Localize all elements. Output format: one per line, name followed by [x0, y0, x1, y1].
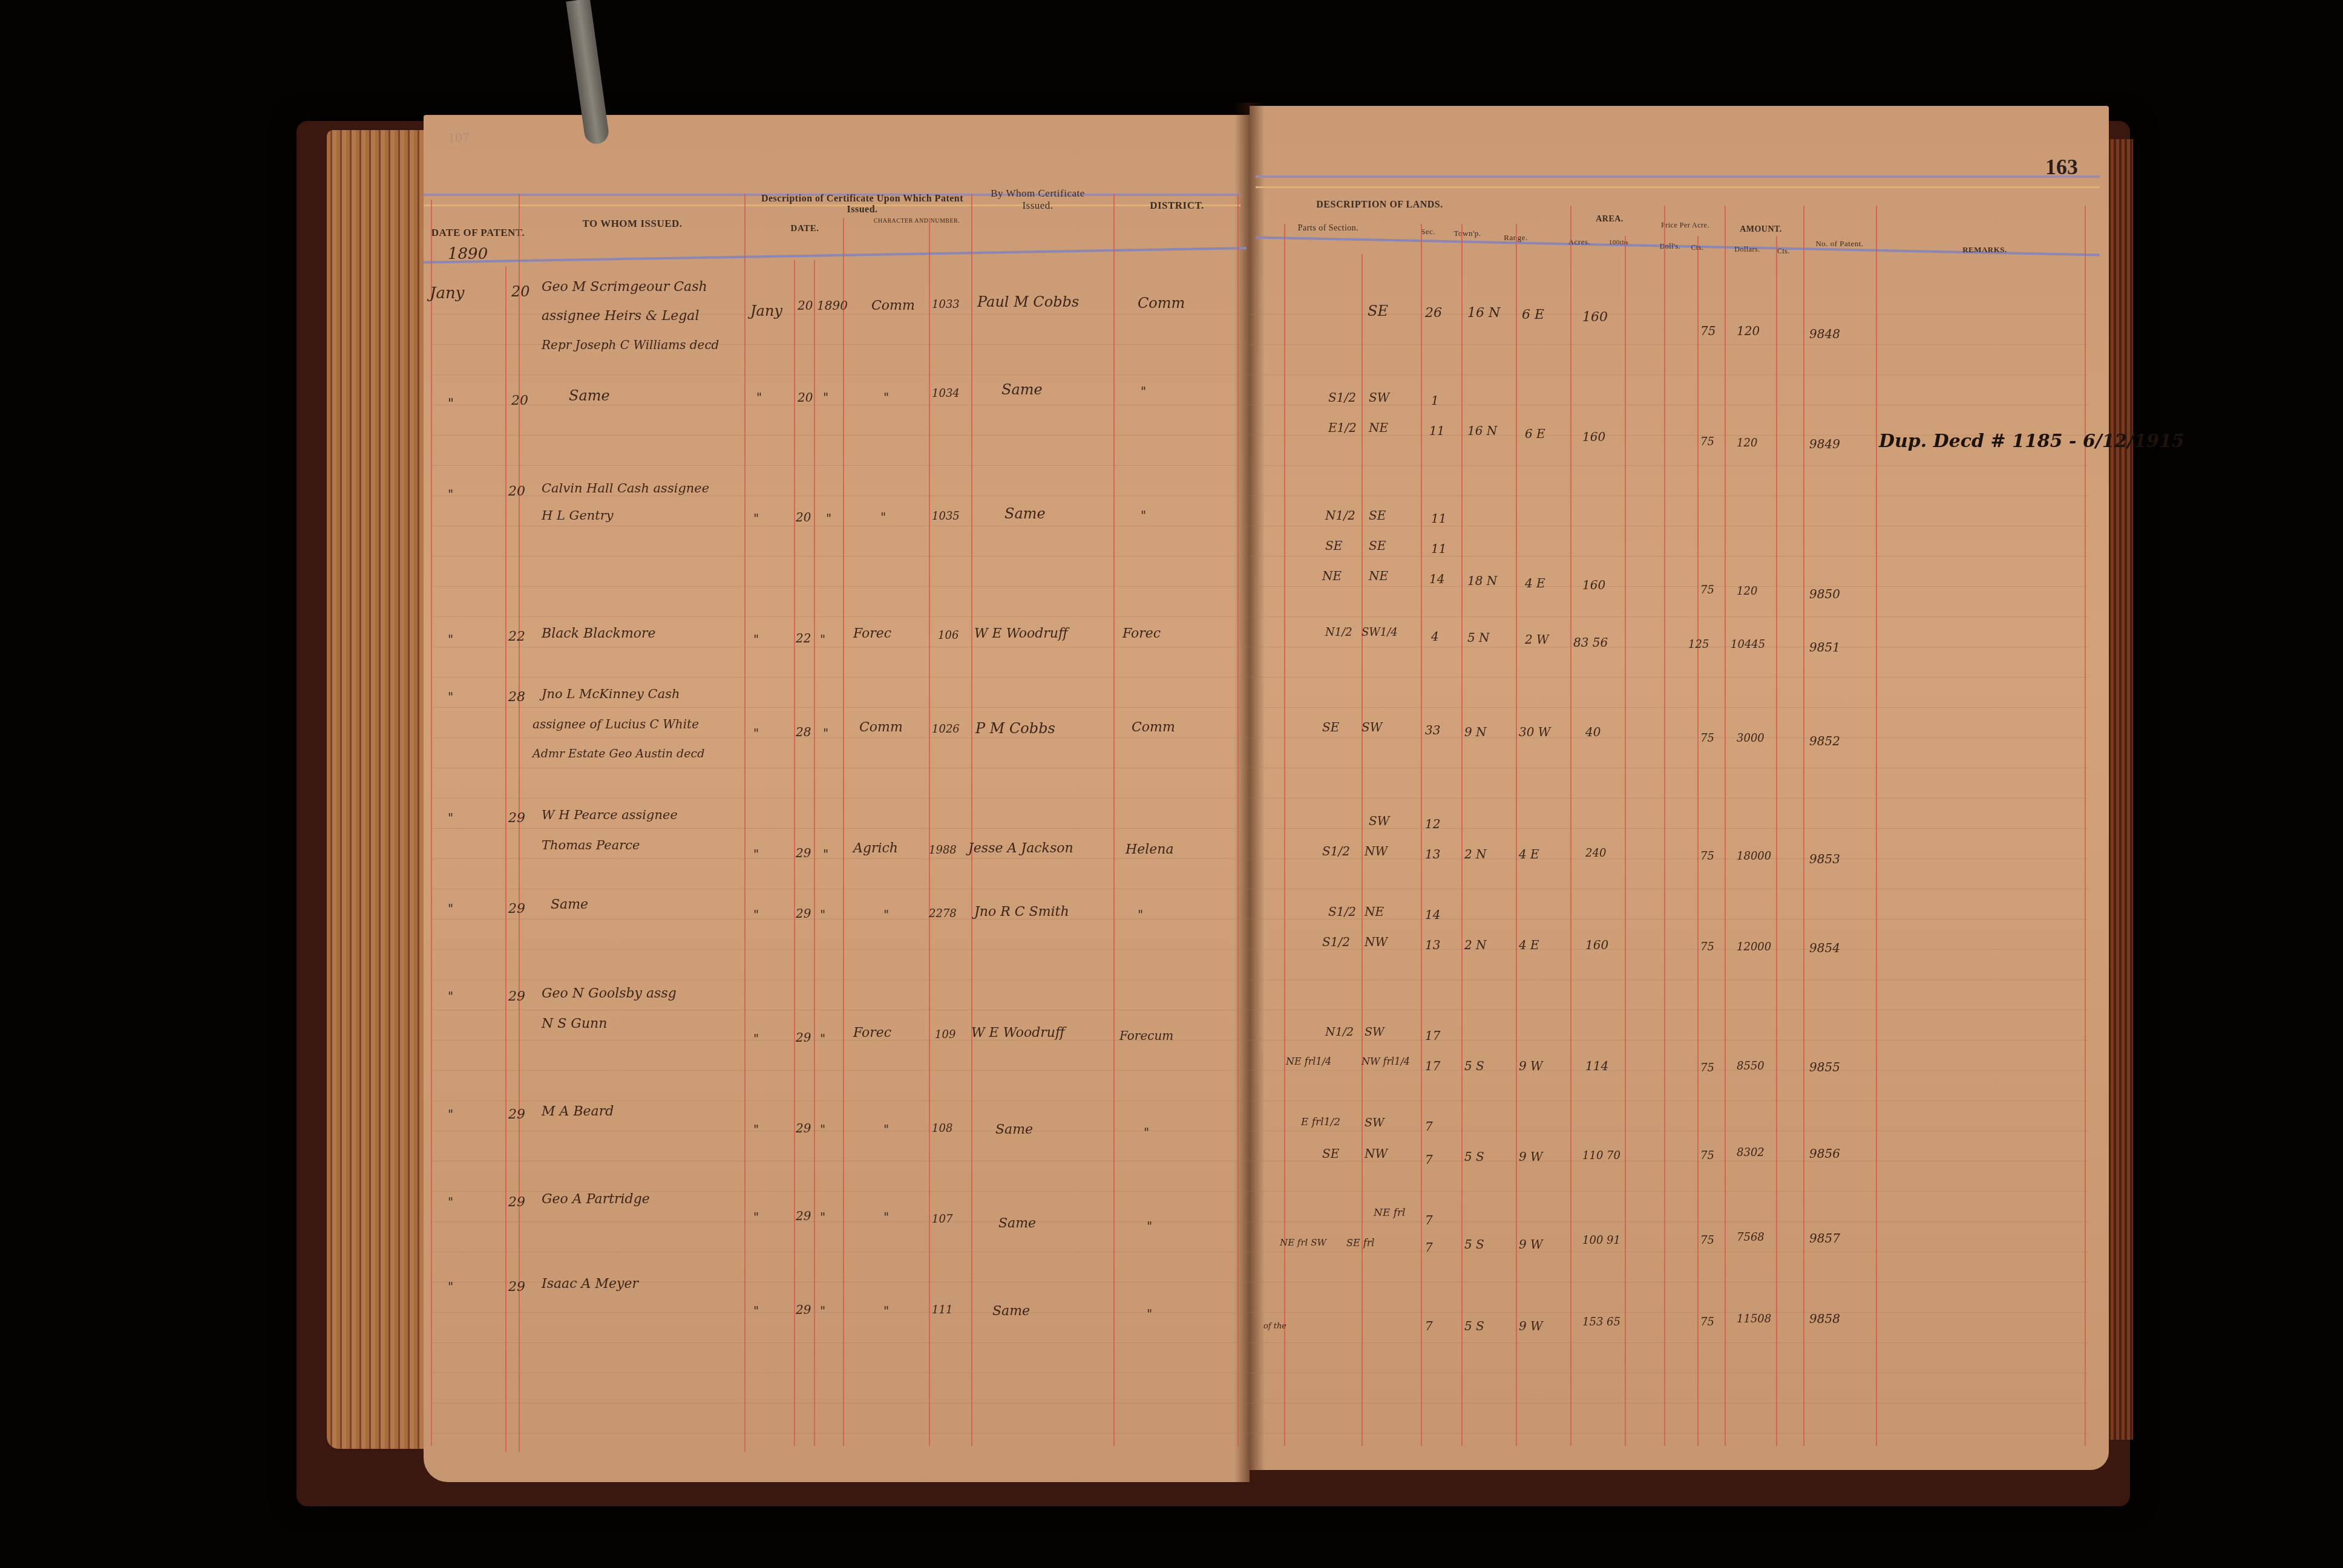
land-sec: 11 [1431, 511, 1446, 526]
header-date-of-patent: DATE OF PATENT. [427, 227, 529, 239]
land-quarter: SE [1369, 538, 1386, 553]
land-town: 18 N [1467, 573, 1497, 588]
land-price: 75 [1700, 941, 1714, 953]
land-town: 5 S [1464, 1149, 1484, 1164]
land-sec: 7 [1425, 1152, 1433, 1167]
land-price: 75 [1700, 732, 1714, 745]
land-quarter: SW [1365, 1025, 1384, 1039]
land-part: N1/2 [1325, 508, 1355, 523]
entry-to-whom-line: Same [551, 897, 588, 912]
land-sec: 4 [1431, 629, 1439, 644]
entry-by-whom: Jesse A Jackson [968, 841, 1073, 856]
entry-day: 29 [508, 901, 525, 916]
entry-to-whom-line: H L Gentry [542, 508, 614, 523]
land-quarter: NW frl1/4 [1362, 1056, 1410, 1067]
entry-cert-day: 28 [796, 725, 811, 739]
land-amount: 120 [1737, 324, 1760, 338]
land-patent-no: 9856 [1809, 1146, 1840, 1161]
entry-month: " [448, 901, 453, 916]
entry-month: " [448, 1195, 453, 1209]
entry-district: " [1147, 1307, 1152, 1321]
entry-district: Forec [1122, 626, 1161, 641]
entry-cert-number: 111 [932, 1304, 952, 1316]
land-amount: 7568 [1737, 1231, 1765, 1244]
entry-district: " [1141, 508, 1146, 523]
entry-cert-year: 1890 [817, 298, 848, 313]
entry-to-whom-line: assignee of Lucius C White [532, 717, 699, 731]
entry-cert-month: " [753, 1304, 759, 1318]
entry-cert-month: " [753, 632, 759, 647]
land-sec: 1 [1431, 393, 1439, 408]
entry-cert-day: 20 [798, 390, 813, 405]
entry-cert-year: " [823, 847, 828, 861]
entry-by-whom: W E Woodruff [971, 1025, 1065, 1040]
land-price: 75 [1700, 584, 1714, 596]
entry-cert-year: " [820, 1210, 825, 1224]
entry-to-whom-line: Jno L McKinney Cash [542, 687, 680, 701]
entry-district: " [1141, 384, 1146, 399]
entry-district: Helena [1126, 842, 1174, 857]
land-sec: 12 [1425, 817, 1440, 831]
right-header-band [1256, 175, 2100, 188]
land-acres: 110 70 [1582, 1149, 1620, 1162]
land-quarter: NE [1369, 420, 1388, 435]
land-quarter: SE frl [1346, 1237, 1374, 1249]
land-part: NE frl1/4 [1286, 1056, 1331, 1067]
land-quarter: NE [1365, 904, 1384, 919]
entry-cert-year: " [820, 1122, 825, 1137]
land-quarter: NW [1365, 935, 1388, 949]
land-patent-no: 9848 [1809, 327, 1840, 341]
entry-to-whom-line: Admr Estate Geo Austin decd [532, 747, 704, 760]
land-amount: 120 [1737, 585, 1757, 598]
land-part: N1/2 [1325, 626, 1352, 639]
land-range: 9 W [1519, 1237, 1543, 1252]
land-acres: 100 91 [1582, 1234, 1620, 1247]
land-part: of the [1263, 1322, 1286, 1331]
land-part: S1/2 [1328, 904, 1356, 919]
entry-cert-month: " [753, 1122, 759, 1137]
entry-district: Comm [1132, 720, 1175, 735]
year-annotation: 1890 [448, 245, 488, 263]
land-patent-no: 9854 [1809, 941, 1840, 955]
entry-district: " [1147, 1219, 1152, 1233]
entry-cert-day: 22 [796, 631, 811, 645]
land-price: 75 [1700, 1149, 1714, 1162]
land-quarter: SE [1369, 508, 1386, 523]
header-character-number: CHARACTER AND NUMBER. [859, 218, 974, 224]
land-sec: 11 [1431, 541, 1446, 556]
entry-cert-year: " [820, 1031, 825, 1046]
land-part: S1/2 [1322, 844, 1350, 858]
land-amount: 3000 [1737, 732, 1765, 745]
entry-cert-day: 29 [796, 846, 811, 860]
land-town: 5 N [1467, 630, 1490, 645]
entry-day: 29 [508, 1279, 525, 1295]
land-sec: 13 [1425, 938, 1440, 952]
land-price: 75 [1700, 1062, 1714, 1074]
header-acres: Acres. [1558, 237, 1601, 247]
land-sec: 33 [1425, 723, 1440, 737]
entry-cert-number: 1033 [932, 298, 960, 311]
header-amount: AMOUNT. [1728, 225, 1794, 235]
land-price: 75 [1700, 1234, 1714, 1247]
entry-month: Jany [430, 284, 464, 302]
land-amount: 120 [1737, 437, 1757, 449]
entry-character: " [883, 390, 889, 405]
header-remarks: REMARKS. [1936, 245, 2033, 255]
entry-to-whom-line: Isaac A Meyer [542, 1276, 638, 1292]
land-acres: 160 [1582, 578, 1605, 592]
header-district: DISTRICT. [1132, 200, 1222, 212]
entry-to-whom-line: Thomas Pearce [542, 838, 640, 852]
entry-to-whom-line: Calvin Hall Cash assignee [542, 481, 709, 495]
page-edges-left [327, 130, 436, 1449]
land-patent-no: 9853 [1809, 852, 1840, 866]
land-town: 9 N [1464, 725, 1487, 739]
entry-by-whom: Same [1004, 505, 1046, 522]
entry-cert-day: 29 [796, 1121, 811, 1135]
entry-cert-year: " [826, 511, 831, 526]
entry-cert-day: 29 [796, 1030, 811, 1045]
ruled-lines [431, 284, 2089, 1446]
land-part: E1/2 [1328, 420, 1357, 435]
entry-cert-year: " [823, 390, 828, 405]
entry-by-whom: Jno R C Smith [974, 904, 1069, 920]
entry-cert-number: 1988 [929, 844, 957, 857]
land-quarter: SW1/4 [1362, 626, 1398, 639]
entry-day: 29 [508, 1195, 525, 1210]
entry-to-whom-line: Same [569, 387, 610, 404]
entry-month: " [448, 811, 453, 825]
land-acres: 83 56 [1573, 635, 1608, 650]
land-town: 2 N [1464, 938, 1487, 952]
entry-character: " [883, 1210, 889, 1224]
entry-by-whom: P M Cobbs [975, 720, 1055, 737]
entry-to-whom-line: assignee Heirs & Legal [542, 309, 700, 324]
header-hundredths: 100ths [1604, 239, 1634, 246]
header-area: AREA. [1585, 215, 1634, 224]
entry-cert-number: 107 [932, 1213, 952, 1226]
land-patent-no: 9852 [1809, 734, 1840, 748]
entry-to-whom-line: Black Blackmore [542, 626, 656, 641]
entry-district: " [1138, 907, 1143, 922]
land-patent-no: 9858 [1809, 1312, 1840, 1326]
entry-character: " [880, 510, 886, 524]
entry-day: 20 [511, 393, 528, 408]
header-description-of-lands: DESCRIPTION OF LANDS. [1289, 200, 1470, 211]
land-price: 75 [1700, 1316, 1714, 1328]
entry-to-whom-line: M A Beard [542, 1104, 614, 1119]
land-quarter: SW [1365, 1116, 1384, 1129]
land-amount: 10445 [1731, 638, 1765, 651]
entry-day: 29 [508, 1107, 525, 1122]
entry-cert-year: " [820, 632, 825, 647]
entry-day: 29 [508, 989, 525, 1004]
land-price: 75 [1700, 436, 1714, 448]
land-town: 5 S [1464, 1059, 1484, 1073]
entry-cert-year: " [823, 726, 828, 740]
entry-cert-day: 29 [796, 906, 811, 921]
land-range: 9 W [1519, 1149, 1543, 1164]
entry-character: Comm [859, 720, 903, 735]
land-part: S1/2 [1322, 935, 1350, 949]
header-description-certificate: Description of Certificate Upon Which Pa… [750, 194, 974, 215]
entry-character: " [883, 1122, 889, 1137]
land-sec: 7 [1425, 1213, 1433, 1227]
land-amount: 8302 [1737, 1146, 1765, 1159]
land-range: 6 E [1525, 426, 1545, 441]
entry-cert-day: 29 [796, 1302, 811, 1317]
entry-day: 20 [508, 484, 525, 499]
entry-cert-number: 108 [932, 1122, 952, 1135]
land-part: SE [1322, 720, 1339, 734]
entry-to-whom-line: W H Pearce assignee [542, 808, 678, 822]
entry-month: " [448, 632, 453, 647]
header-dolls: Doll's. [1655, 242, 1685, 251]
entry-month: " [448, 1279, 453, 1294]
land-quarter: SW [1369, 390, 1389, 405]
entry-cert-month: " [753, 1031, 759, 1046]
land-amount: 12000 [1737, 941, 1771, 953]
land-sec: 26 [1425, 305, 1442, 321]
entry-cert-month: " [756, 390, 762, 405]
land-part: NE frl SW [1280, 1237, 1326, 1248]
header-by-whom: By Whom Certificate Issued. [980, 188, 1095, 212]
entry-character: Forec [853, 626, 891, 641]
land-part: N1/2 [1325, 1025, 1354, 1039]
land-sec: 7 [1425, 1119, 1433, 1134]
entry-cert-number: 1034 [932, 387, 960, 400]
land-range: 2 W [1525, 632, 1549, 647]
entry-month: " [448, 1107, 453, 1122]
entry-to-whom-line: N S Gunn [542, 1016, 607, 1031]
land-range: 9 W [1519, 1319, 1543, 1333]
land-quarter: NW [1365, 844, 1388, 858]
header-sec: Sec. [1416, 227, 1440, 237]
entry-day: 22 [508, 629, 525, 644]
entry-cert-month: " [753, 726, 759, 740]
entry-month: " [448, 396, 454, 411]
entry-district: Forecum [1119, 1028, 1173, 1043]
land-sec: 7 [1425, 1319, 1433, 1333]
land-acres: 153 65 [1582, 1316, 1620, 1328]
entry-remarks: Dup. Decd # 1185 - 6/12/1915 [1879, 431, 2184, 452]
land-range: 30 W [1519, 725, 1550, 739]
land-patent-no: 9857 [1809, 1231, 1840, 1246]
land-part: E frl1/2 [1301, 1116, 1340, 1128]
entry-character: " [883, 1304, 889, 1318]
header-price-per-acre: Price Per Acre. [1658, 221, 1712, 230]
land-part: S1/2 [1328, 390, 1356, 405]
entry-by-whom: Same [998, 1216, 1036, 1231]
entry-cert-number: 1026 [932, 723, 960, 736]
entry-character: Forec [853, 1025, 891, 1040]
land-acres: 160 [1582, 430, 1605, 444]
entry-by-whom: Same [1001, 381, 1043, 398]
entry-cert-number: 2278 [929, 907, 957, 920]
land-quarter: NE [1369, 569, 1388, 583]
entry-cert-number: 109 [935, 1028, 955, 1041]
land-quarter: SW [1362, 720, 1382, 734]
entry-month: " [448, 690, 453, 704]
land-acres: 240 [1585, 847, 1606, 860]
entry-character: Comm [871, 298, 915, 313]
header-township: Town'p. [1446, 229, 1489, 238]
land-town: 2 N [1464, 847, 1487, 861]
land-acres: 40 [1585, 725, 1601, 739]
land-price: 125 [1688, 638, 1709, 651]
land-sec: 14 [1425, 907, 1440, 922]
land-price: 75 [1700, 324, 1715, 338]
land-acres: 160 [1585, 938, 1608, 952]
land-range: 9 W [1519, 1059, 1543, 1073]
land-amount: 11508 [1737, 1313, 1771, 1325]
land-range: 4 E [1519, 938, 1539, 952]
header-to-whom-issued: TO WHOM ISSUED. [545, 218, 720, 230]
entry-by-whom: Same [992, 1304, 1030, 1319]
land-town: 16 N [1467, 423, 1497, 438]
land-patent-no: 9855 [1809, 1060, 1840, 1074]
entry-to-whom-line: Geo M Scrimgeour Cash [542, 279, 707, 295]
land-quarter: SW [1369, 814, 1389, 828]
entry-cert-month: " [753, 907, 759, 922]
land-price: 75 [1700, 850, 1714, 863]
entry-character: Agrich [853, 841, 898, 856]
entry-cert-month: " [753, 1210, 759, 1224]
header-dollars: Dollars. [1725, 245, 1770, 254]
entry-day: 20 [511, 283, 530, 300]
land-sec: 17 [1425, 1059, 1440, 1073]
land-acres: 114 [1585, 1059, 1608, 1073]
land-range: 6 E [1522, 307, 1544, 322]
entry-district: Comm [1138, 295, 1185, 312]
land-quarter: NE frl [1374, 1207, 1406, 1219]
land-quarter: NW [1365, 1146, 1388, 1161]
land-patent-no: 9849 [1809, 437, 1840, 451]
entry-day: 28 [508, 690, 525, 705]
land-sec: 13 [1425, 847, 1440, 861]
entry-cert-number: 106 [938, 629, 958, 642]
land-sec: 7 [1425, 1240, 1433, 1255]
entry-cert-day: 29 [796, 1209, 811, 1223]
entry-cert-month: " [753, 847, 759, 861]
land-range: 4 E [1519, 847, 1539, 861]
entry-cert-year: " [820, 1304, 825, 1318]
land-town: 16 N [1467, 305, 1500, 321]
land-patent-no: 9850 [1809, 587, 1840, 601]
land-patent-no: 9851 [1809, 640, 1840, 655]
land-amount: 18000 [1737, 850, 1771, 863]
entry-character: " [883, 907, 889, 922]
entry-cert-month: Jany [750, 302, 782, 319]
entry-cert-year: " [820, 907, 825, 922]
land-sec: 17 [1425, 1028, 1440, 1043]
land-part: SE [1325, 538, 1342, 553]
entry-to-whom-line: Geo N Goolsby assg [542, 986, 677, 1001]
entry-cert-number: 1035 [932, 510, 960, 523]
entry-by-whom: Paul M Cobbs [977, 293, 1079, 310]
land-part: SE [1322, 1146, 1339, 1161]
land-town: 5 S [1464, 1319, 1484, 1333]
entry-month: " [448, 487, 453, 501]
land-acres: 160 [1582, 310, 1608, 325]
entry-day: 29 [508, 811, 525, 826]
entry-to-whom-line: Geo A Partridge [542, 1192, 650, 1207]
land-sec: 11 [1429, 423, 1444, 438]
land-town: 5 S [1464, 1237, 1484, 1252]
header-parts-of-section: Parts of Section. [1277, 224, 1380, 234]
land-sec: 14 [1429, 572, 1444, 586]
left-page-number-faded: 107 [448, 130, 470, 146]
land-quarter: SE [1368, 302, 1388, 319]
header-no-of-patent: No. of Patent. [1803, 239, 1876, 249]
entry-cert-day: 20 [796, 510, 811, 524]
entry-district: " [1144, 1125, 1149, 1140]
land-amount: 8550 [1737, 1060, 1765, 1073]
entry-to-whom-line: Repr Joseph C Williams decd [542, 338, 719, 352]
entry-cert-month: " [753, 511, 759, 526]
entry-cert-day: 20 [798, 298, 813, 313]
entry-by-whom: W E Woodruff [974, 626, 1068, 641]
entry-month: " [448, 989, 453, 1004]
land-range: 4 E [1525, 576, 1545, 590]
entry-by-whom: Same [995, 1122, 1033, 1137]
land-part: NE [1322, 569, 1342, 583]
